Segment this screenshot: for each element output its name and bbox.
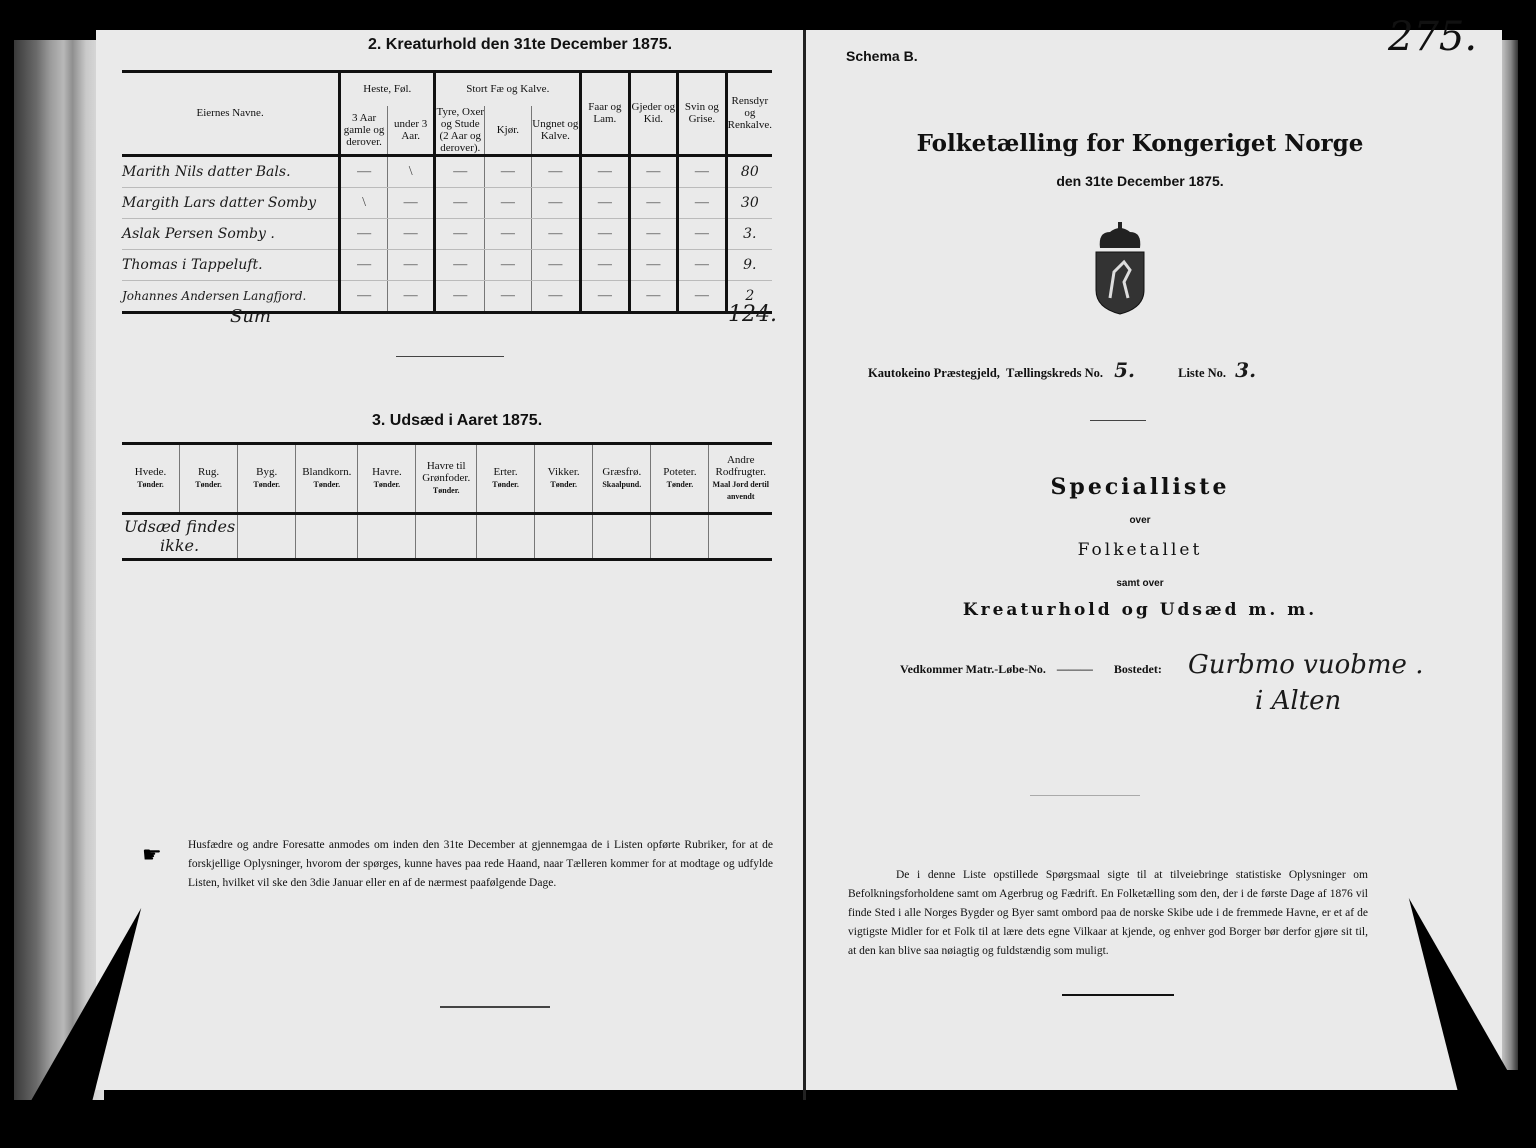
section2-title: 2. Kreaturhold den 31te December 1875.	[368, 36, 672, 54]
col-unit: Tønder.	[195, 480, 222, 489]
col-owner: Eiernes Navne.	[122, 72, 340, 156]
pointing-hand-icon: ☛	[142, 843, 162, 868]
col-wheat: Hvede.Tønder.	[122, 445, 180, 513]
cell: —	[340, 250, 388, 281]
cell: —	[581, 281, 629, 313]
col-unit: Tønder.	[137, 480, 164, 489]
col-oats: Havre.Tønder.	[358, 445, 416, 513]
cell: —	[387, 188, 434, 219]
cell: —	[387, 219, 434, 250]
cell: —	[435, 188, 485, 219]
col-unit: Tønder.	[313, 480, 340, 489]
cell: —	[387, 281, 434, 313]
book-page-edges-right	[1500, 40, 1518, 1070]
page-number: 275.	[1388, 14, 1477, 60]
col-unit: Maal Jord dertil anvendt	[713, 480, 769, 501]
cell: —	[531, 188, 581, 219]
owner-name: Margith Lars datter Somby	[122, 188, 340, 219]
intro-text: De i denne Liste opstillede Spørgsmaal s…	[848, 866, 1368, 961]
col-name: Poteter.	[663, 466, 696, 478]
folketallet-text: Folketallet	[860, 540, 1420, 560]
col-name: Havre til Grønfoder.	[422, 460, 470, 484]
cell: —	[678, 281, 727, 313]
book-gutter	[803, 30, 806, 1100]
cell: —	[485, 250, 531, 281]
col-peas: Erter.Tønder.	[476, 445, 534, 513]
cell: —	[581, 156, 629, 188]
cell: —	[581, 188, 629, 219]
cell: —	[340, 219, 388, 250]
col-unit: Tønder.	[433, 486, 460, 495]
cell: —	[531, 281, 581, 313]
cell: —	[435, 219, 485, 250]
document-title: Folketælling for Kongeriget Norge	[860, 130, 1420, 157]
cell: —	[485, 219, 531, 250]
district-label: Tællingskreds No.	[1006, 366, 1103, 380]
bosted-value-line1: Gurbmo vuobme .	[1188, 650, 1423, 680]
table-row: Marith Nils datter Bals. — \ — — — — — —…	[122, 156, 772, 188]
cell: \	[387, 156, 434, 188]
sub-horses-3yr: 3 Aar gamle og derover.	[340, 106, 388, 156]
reindeer-count: 30	[726, 188, 772, 219]
section3-title: 3. Udsæd i Aaret 1875.	[372, 412, 542, 430]
district-value: 5.	[1114, 358, 1135, 382]
col-name: Byg.	[256, 466, 277, 478]
col-name: Andre Rodfrugter.	[716, 454, 766, 478]
notice-text: Husfædre og andre Foresatte anmodes om i…	[188, 836, 773, 893]
matr-label: Vedkommer Matr.-Løbe-No.	[900, 662, 1046, 676]
cell: —	[629, 188, 678, 219]
cell: —	[581, 219, 629, 250]
divider	[396, 356, 504, 357]
list-value: 3.	[1235, 358, 1256, 382]
col-mixed-grain: Blandkorn.Tønder.	[296, 445, 358, 513]
table-row: Aslak Persen Somby . — — — — — — — — 3.	[122, 219, 772, 250]
cell: —	[531, 250, 581, 281]
cell: —	[485, 281, 531, 313]
book-page-edges-left	[14, 40, 104, 1100]
col-green-fodder: Havre til Grønfoder.Tønder.	[416, 445, 477, 513]
livestock-table: Eiernes Navne. Heste, Føl. Stort Fæ og K…	[122, 72, 772, 314]
cell: —	[531, 219, 581, 250]
matr-line: Vedkommer Matr.-Løbe-No. ——— Bostedet:	[900, 662, 1162, 677]
cell: —	[581, 250, 629, 281]
col-unit: Tønder.	[374, 480, 401, 489]
table-row: Johannes Andersen Langfjord. — — — — — —…	[122, 281, 772, 313]
cell: \	[340, 188, 388, 219]
parish-label: Kautokeino Præstegjeld,	[868, 366, 1000, 380]
col-goats: Gjeder og Kid.	[629, 72, 678, 156]
divider	[440, 1006, 550, 1008]
location-line: Kautokeino Præstegjeld, Tællingskreds No…	[868, 358, 1256, 382]
col-name: Havre.	[372, 466, 402, 478]
col-unit: Tønder.	[492, 480, 519, 489]
bosted-value-line2: i Alten	[1255, 686, 1341, 716]
col-cattle: Stort Fæ og Kalve.	[435, 72, 581, 106]
reindeer-count: 80	[726, 156, 772, 188]
cell: —	[629, 281, 678, 313]
col-root-crops: Andre Rodfrugter.Maal Jord dertil anvend…	[709, 445, 772, 513]
reindeer-count: 9.	[726, 250, 772, 281]
sum-value: 124.	[728, 302, 777, 327]
bosted-label: Bostedet:	[1114, 662, 1162, 676]
sub-bulls-oxen: Tyre, Oxer og Stude (2 Aar og derover).	[435, 106, 485, 156]
sum-label: Sum	[230, 306, 271, 327]
col-sheep: Faar og Lam.	[581, 72, 629, 156]
over-text: over	[860, 515, 1420, 526]
kreaturhold-text: Kreaturhold og Udsæd m. m.	[860, 600, 1420, 620]
col-name: Blandkorn.	[302, 466, 351, 478]
col-unit: Tønder.	[667, 480, 694, 489]
sub-horses-under3: under 3 Aar.	[387, 106, 434, 156]
table-row: Margith Lars datter Somby \ — — — — — — …	[122, 188, 772, 219]
coat-of-arms-icon	[1090, 220, 1150, 316]
col-horses: Heste, Føl.	[340, 72, 435, 106]
cell: —	[629, 156, 678, 188]
cell: —	[531, 156, 581, 188]
reindeer-count: 3.	[726, 219, 772, 250]
col-rye: Rug.Tønder.	[180, 445, 238, 513]
col-unit: Skaalpund.	[602, 480, 641, 489]
col-name: Hvede.	[135, 466, 166, 478]
schema-label: Schema B.	[846, 48, 918, 64]
col-name: Rug.	[198, 466, 219, 478]
col-name: Erter.	[493, 466, 517, 478]
matr-value: ———	[1057, 662, 1093, 676]
cell: —	[629, 250, 678, 281]
cell: —	[678, 250, 727, 281]
sub-cows: Kjør.	[485, 106, 531, 156]
divider	[1030, 795, 1140, 796]
owner-name: Aslak Persen Somby .	[122, 219, 340, 250]
cell: —	[678, 219, 727, 250]
col-potatoes: Poteter.Tønder.	[651, 445, 709, 513]
list-label: Liste No.	[1178, 366, 1226, 380]
divider	[1090, 420, 1146, 421]
col-name: Vikker.	[548, 466, 580, 478]
cell: —	[340, 281, 388, 313]
sub-calves: Ungnet og Kalve.	[531, 106, 581, 156]
seed-entry: Udsæd findes ikke.	[122, 513, 238, 559]
owner-name: Marith Nils datter Bals.	[122, 156, 340, 188]
col-barley: Byg.Tønder.	[238, 445, 296, 513]
cell: —	[485, 156, 531, 188]
col-reindeer: Rensdyr og Renkalve.	[726, 72, 772, 156]
cell: —	[678, 156, 727, 188]
col-vetch: Vikker.Tønder.	[535, 445, 593, 513]
col-grass-seed: Græsfrø.Skaalpund.	[593, 445, 651, 513]
cell: —	[678, 188, 727, 219]
cell: —	[485, 188, 531, 219]
document-date: den 31te December 1875.	[860, 173, 1420, 189]
owner-name: Thomas i Tappeluft.	[122, 250, 340, 281]
col-pigs: Svin og Grise.	[678, 72, 727, 156]
cell: —	[387, 250, 434, 281]
cell: —	[340, 156, 388, 188]
cell: —	[629, 219, 678, 250]
cell: —	[435, 250, 485, 281]
table-row: Thomas i Tappeluft. — — — — — — — — 9.	[122, 250, 772, 281]
col-unit: Tønder.	[253, 480, 280, 489]
cell: —	[435, 281, 485, 313]
samt-over-text: samt over	[860, 578, 1420, 589]
seed-table: Hvede.Tønder. Rug.Tønder. Byg.Tønder. Bl…	[122, 445, 772, 561]
col-name: Græsfrø.	[602, 466, 641, 478]
cell: —	[435, 156, 485, 188]
special-title: Specialliste	[860, 474, 1420, 500]
col-unit: Tønder.	[550, 480, 577, 489]
divider	[1062, 994, 1174, 996]
